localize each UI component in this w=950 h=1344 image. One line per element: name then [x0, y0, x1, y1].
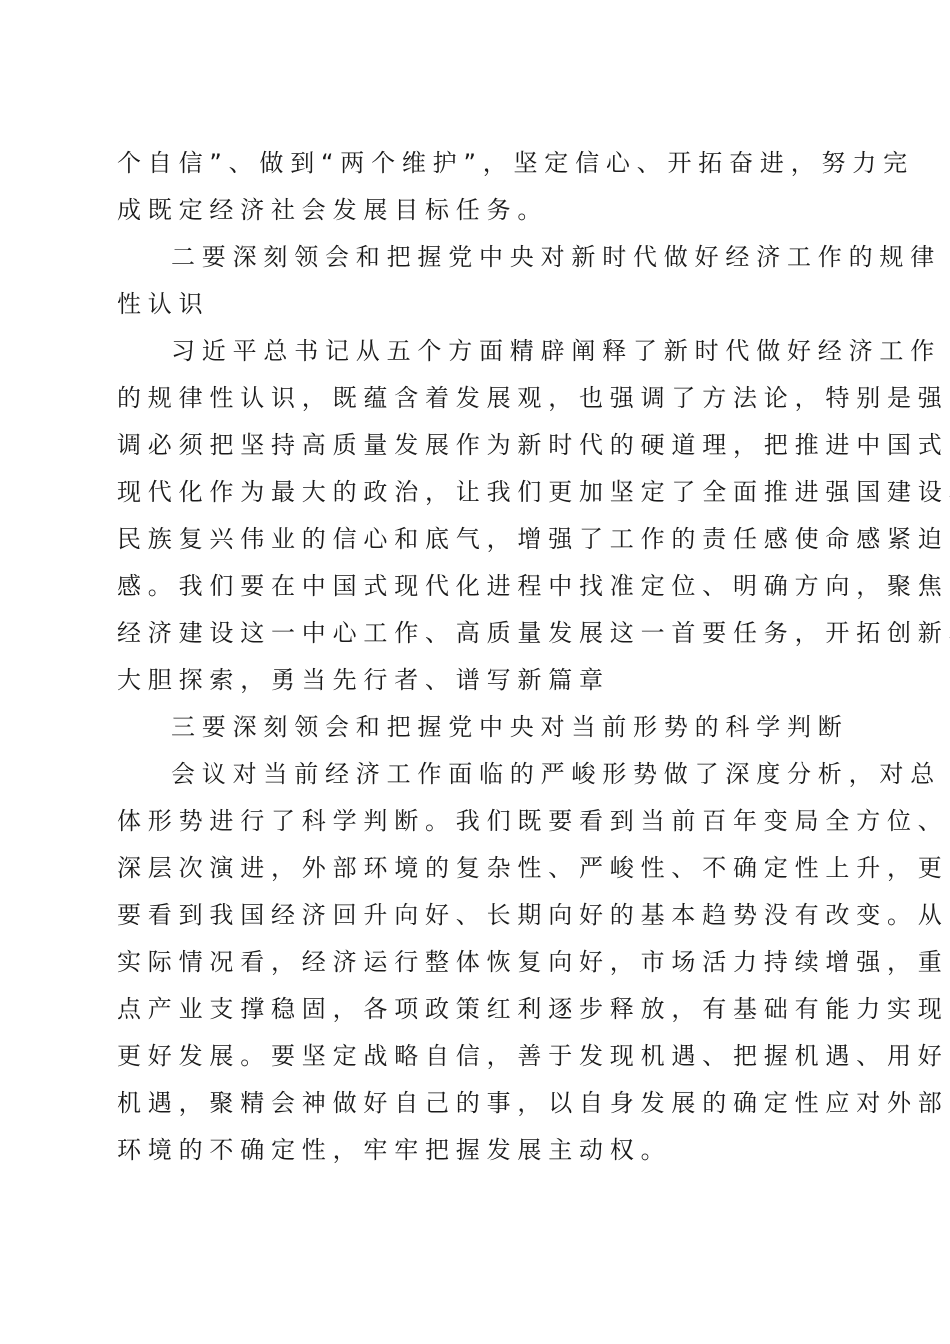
paragraph-line: 机遇，聚精会神做好自己的事，以自身发展的确定性应对外部	[117, 1083, 949, 1123]
paragraph-line: 习近平总书记从五个方面精辟阐释了新时代做好经济工作	[171, 331, 941, 371]
paragraph-line: 的规律性认识，既蕴含着发展观，也强调了方法论，特别是强	[117, 378, 949, 418]
paragraph-line: 要看到我国经济回升向好、长期向好的基本趋势没有改变。从	[117, 895, 949, 935]
paragraph-line: 现代化作为最大的政治，让我们更加坚定了全面推进强国建设、	[117, 472, 950, 512]
section-heading-2-cont: 性认识	[117, 284, 209, 324]
paragraph-line: 成既定经济社会发展目标任务。	[117, 190, 548, 230]
paragraph-line: 民族复兴伟业的信心和底气，增强了工作的责任感使命感紧迫	[117, 519, 949, 559]
paragraph-line: 个自信”、做到“两个维护”，坚定信心、开拓奋进，努力完	[117, 143, 914, 183]
section-heading-3: 三要深刻领会和把握党中央对当前形势的科学判断	[171, 707, 849, 747]
paragraph-line: 深层次演进，外部环境的复杂性、严峻性、不确定性上升，更	[117, 848, 949, 888]
paragraph-line: 点产业支撑稳固，各项政策红利逐步释放，有基础有能力实现	[117, 989, 949, 1029]
section-heading-2: 二要深刻领会和把握党中央对新时代做好经济工作的规律	[171, 237, 941, 277]
paragraph-line: 实际情况看，经济运行整体恢复向好，市场活力持续增强，重	[117, 942, 949, 982]
paragraph-line: 会议对当前经济工作面临的严峻形势做了深度分析，对总	[171, 754, 941, 794]
paragraph-line: 大胆探索，勇当先行者、谱写新篇章	[117, 660, 610, 700]
paragraph-line: 经济建设这一中心工作、高质量发展这一首要任务，开拓创新、	[117, 613, 950, 653]
paragraph-line: 感。我们要在中国式现代化进程中找准定位、明确方向，聚焦	[117, 566, 949, 606]
paragraph-line: 体形势进行了科学判断。我们既要看到当前百年变局全方位、	[117, 801, 949, 841]
paragraph-line: 调必须把坚持高质量发展作为新时代的硬道理，把推进中国式	[117, 425, 949, 465]
document-page: 个自信”、做到“两个维护”，坚定信心、开拓奋进，努力完 成既定经济社会发展目标任…	[0, 0, 950, 1344]
paragraph-line: 环境的不确定性，牢牢把握发展主动权。	[117, 1130, 671, 1170]
paragraph-line: 更好发展。要坚定战略自信，善于发现机遇、把握机遇、用好	[117, 1036, 949, 1076]
